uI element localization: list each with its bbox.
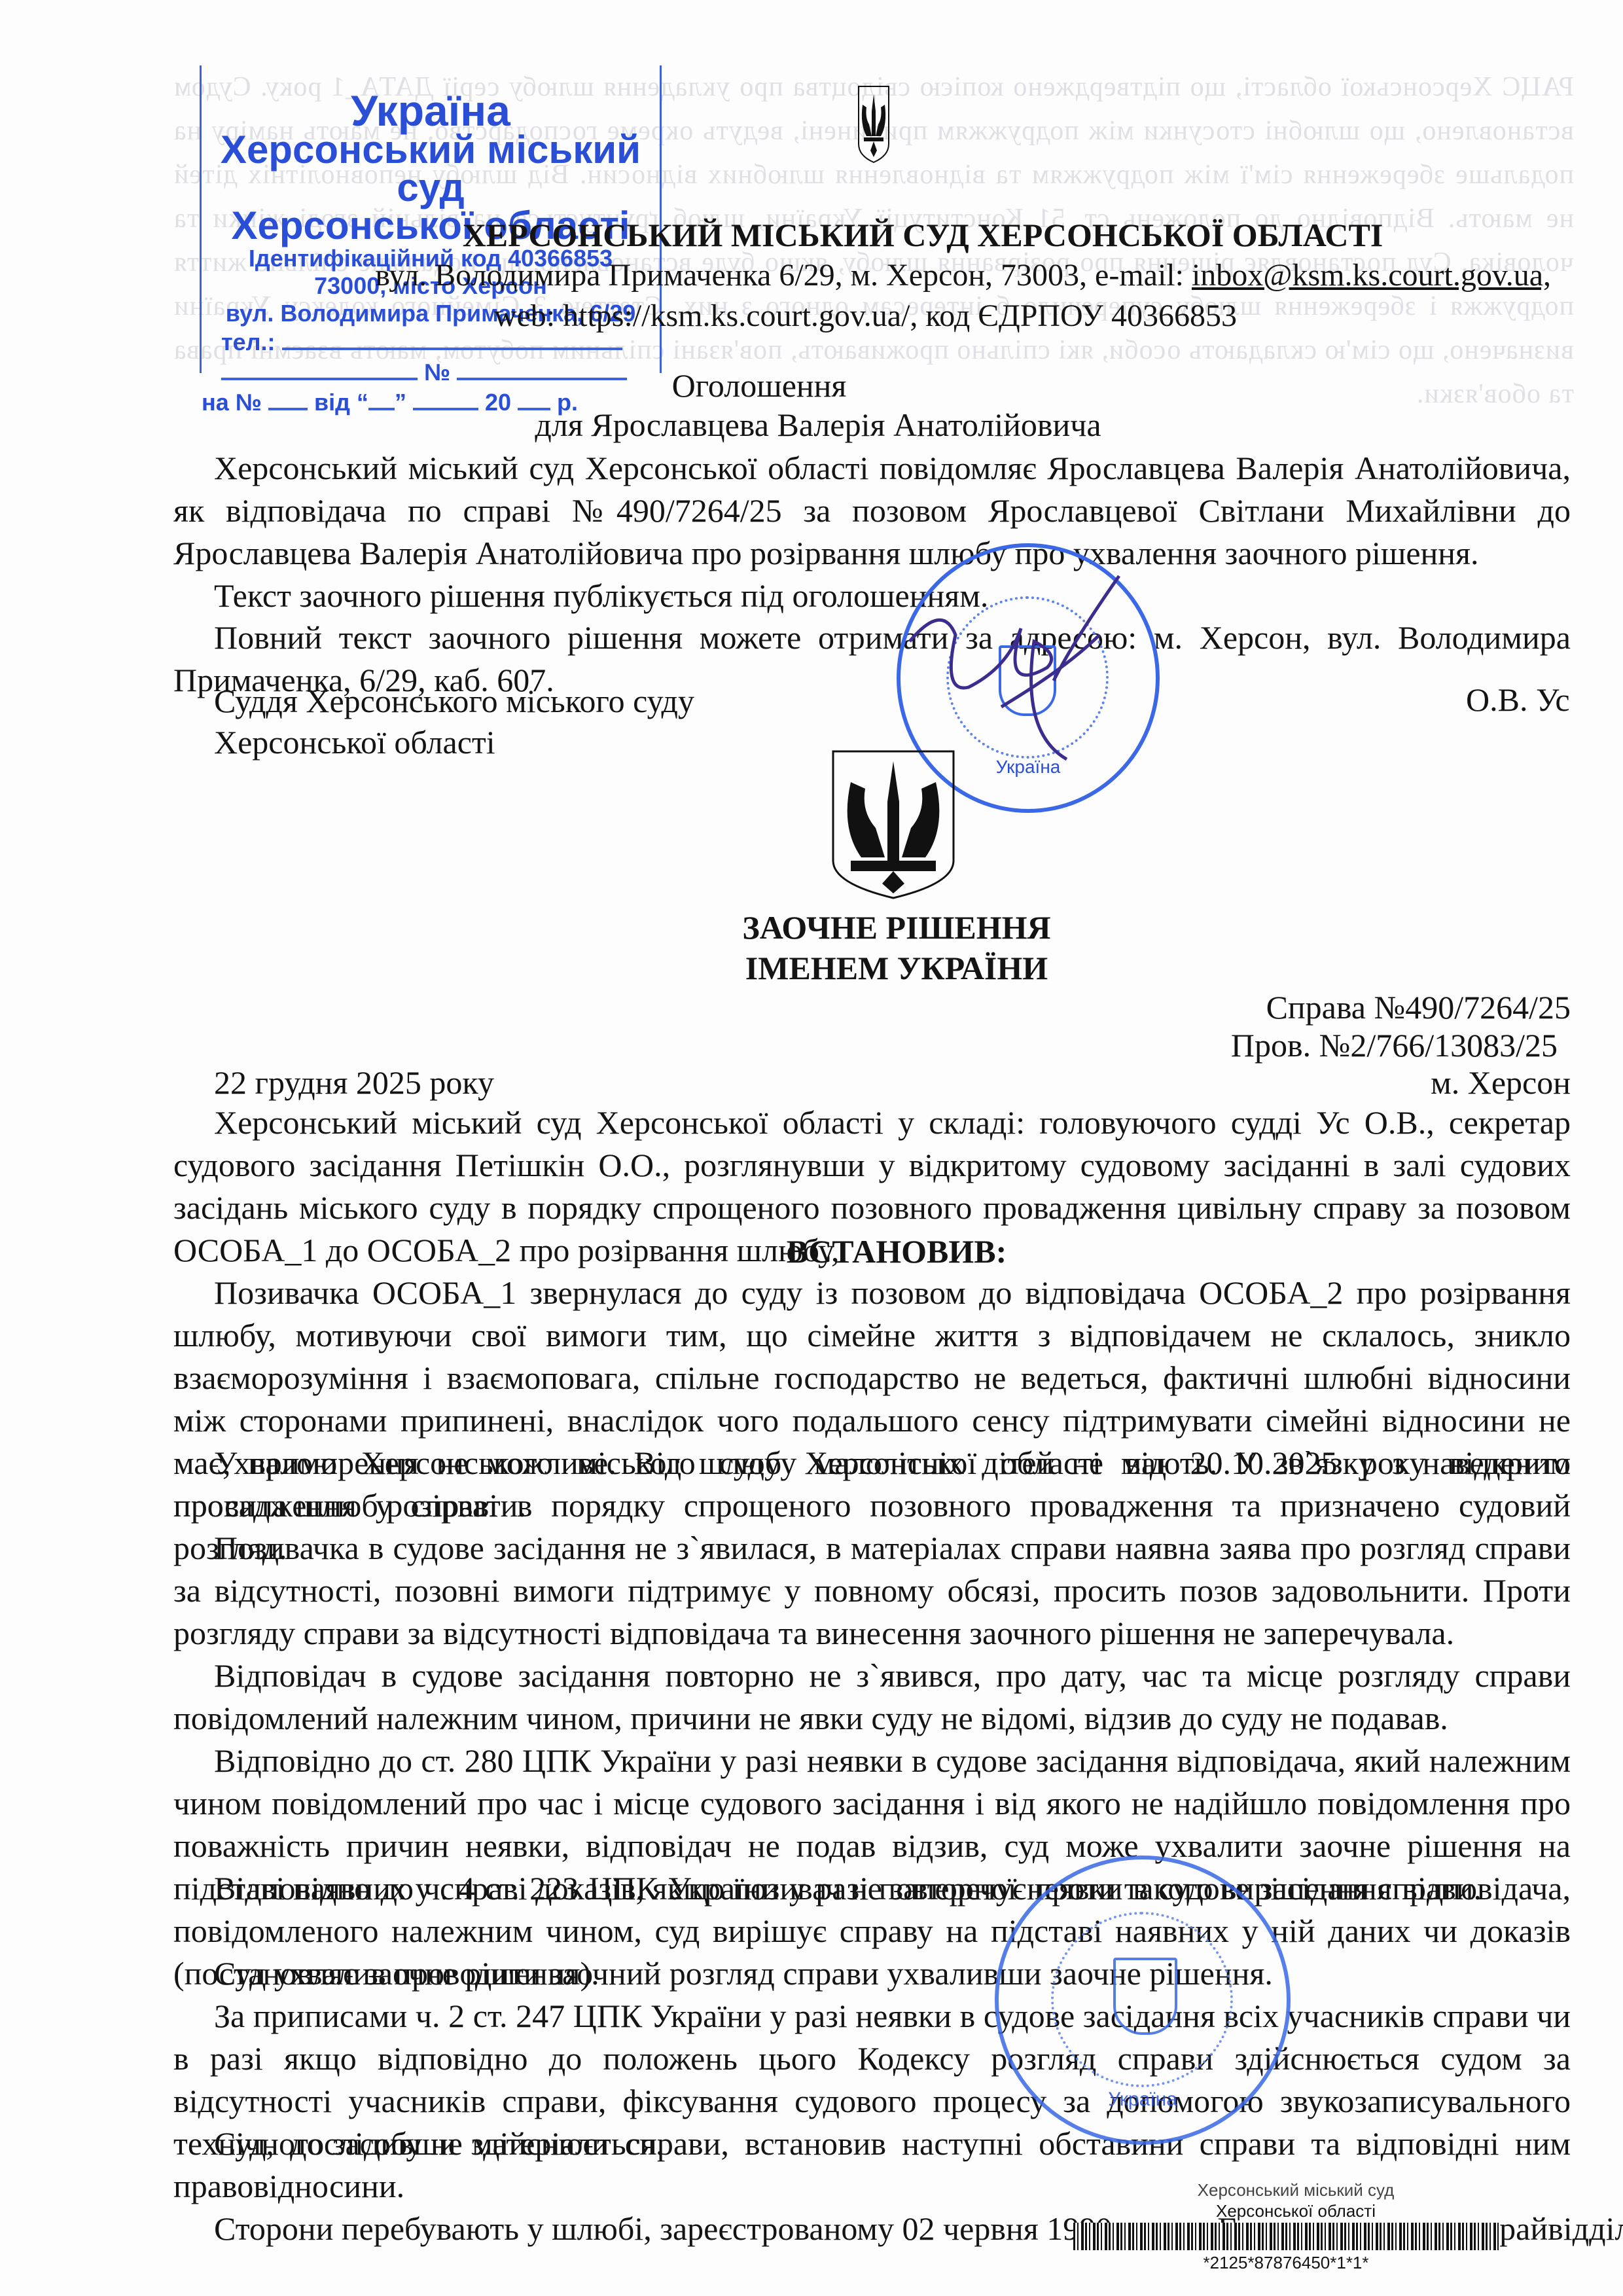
announcement-paragraph-1: Херсонський міський суд Херсонської обла… bbox=[173, 447, 1571, 575]
judge-name: О.В. Ус bbox=[1466, 681, 1570, 719]
judge-signature-title: Суддя Херсонського міського суду Херсонс… bbox=[214, 681, 694, 763]
stamp-court-name: Херсонський міський суд bbox=[202, 131, 660, 207]
footer-court-label: Херсонський міський суд Херсонської обла… bbox=[1158, 2179, 1433, 2221]
document-barcode bbox=[1073, 2223, 1499, 2250]
decision-paragraph: Суд ухвалив проводити заочний розгляд сп… bbox=[173, 1952, 1571, 1995]
court-web-line: web: https://ksm.ks.court.gov.ua/, код Є… bbox=[458, 298, 1237, 334]
court-header-title: ХЕРСОНСЬКИЙ МІСЬКИЙ СУД ХЕРСОНСЬКОЇ ОБЛА… bbox=[393, 216, 1453, 254]
announcement-recipient: для Ярославцева Валерія Анатолійовича bbox=[458, 406, 1178, 444]
court-address-line: вул. Володимира Примаченка 6/29, м. Херс… bbox=[353, 257, 1551, 293]
decision-city: м. Херсон bbox=[1309, 1064, 1571, 1102]
stamp-country: Україна bbox=[202, 90, 660, 131]
decision-subtitle: ІМЕНЕМ УКРАЇНИ bbox=[720, 949, 1073, 987]
court-round-stamp-bottom: Україна bbox=[995, 1856, 1291, 2145]
announcement-paragraph-2: Текст заочного рішення публікується під … bbox=[173, 575, 1571, 617]
case-number: Справа №490/7264/25 bbox=[1113, 988, 1571, 1026]
decision-title: ЗАОЧНЕ РІШЕННЯ bbox=[720, 908, 1073, 946]
announcement-title: Оголошення bbox=[524, 367, 995, 404]
established-heading: ВСТАНОВИВ: bbox=[720, 1232, 1073, 1270]
barcode-text: *2125*87876450*1*1* bbox=[1139, 2253, 1433, 2273]
proceeding-number: Пров. №2/766/13083/25 bbox=[1113, 1026, 1558, 1064]
decision-date: 22 грудня 2025 року bbox=[214, 1064, 494, 1102]
decision-paragraph: Позивачка в судове засідання не з`явилас… bbox=[173, 1527, 1571, 1655]
decision-coat-of-arms-icon bbox=[831, 749, 955, 900]
coat-of-arms-icon bbox=[857, 85, 890, 164]
decision-paragraph: Відповідач в судове засідання повторно н… bbox=[173, 1655, 1571, 1740]
court-email-link[interactable]: inbox@ksm.ks.court.gov.ua, bbox=[1192, 258, 1551, 293]
